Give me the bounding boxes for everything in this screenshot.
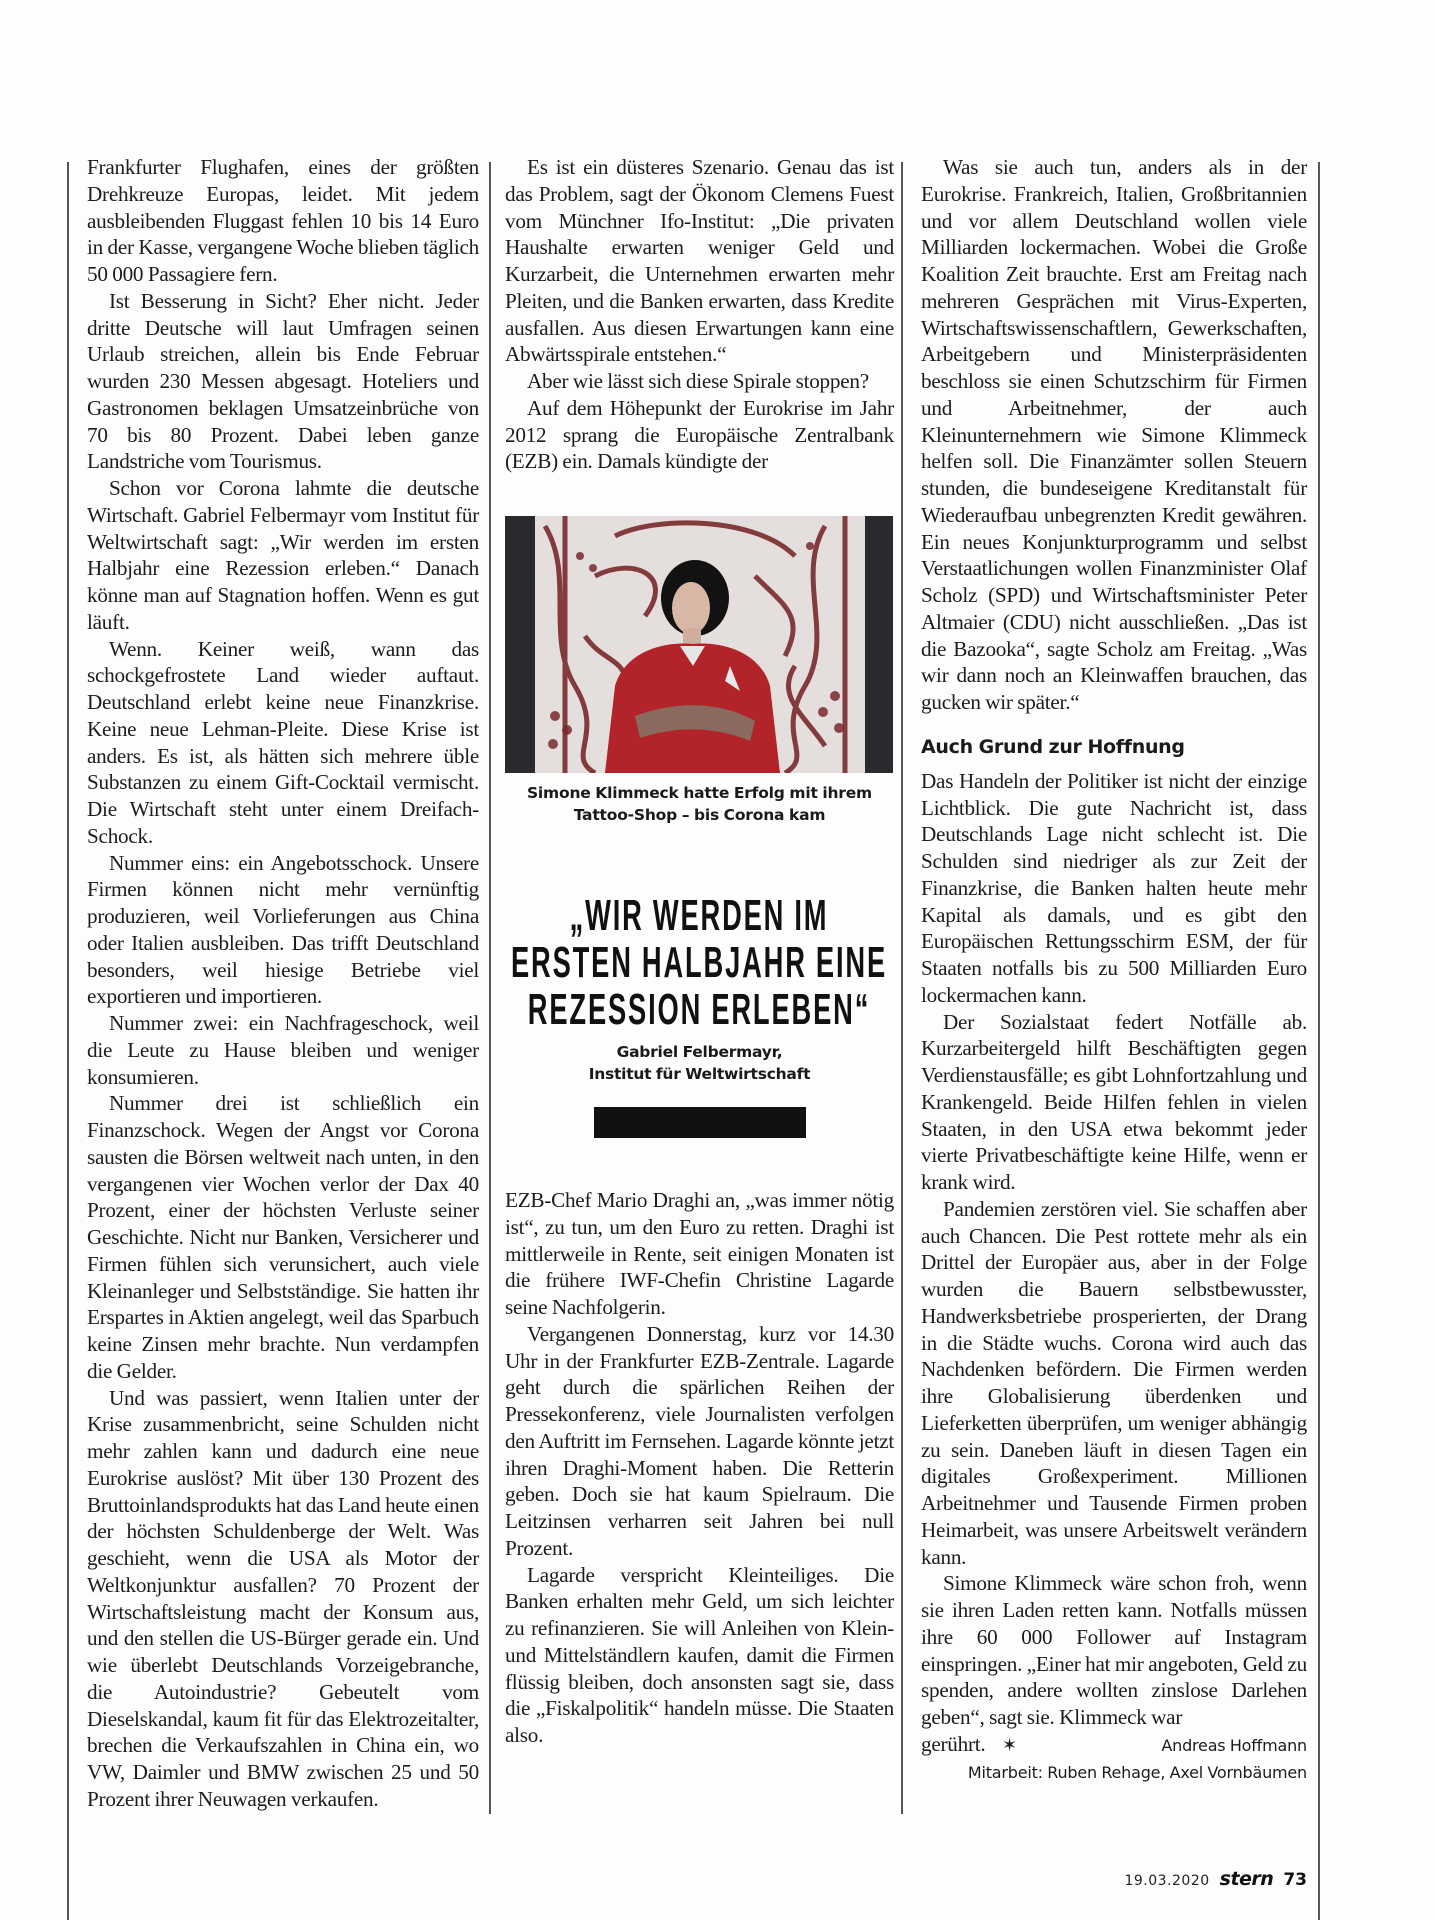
paragraph: Und was passiert, wenn Italien unter der… bbox=[87, 1385, 479, 1813]
article-column-1: Frankfurter Flughafen, eines der größten… bbox=[87, 154, 479, 1813]
frame-rule-left bbox=[67, 162, 69, 1920]
paragraph: Pandemien zerstören viel. Sie schaffen a… bbox=[921, 1196, 1307, 1571]
paragraph: Frankfurter Flughafen, eines der größten… bbox=[87, 154, 479, 288]
column-rule-2 bbox=[901, 162, 903, 1814]
paragraph: Nummer drei ist schließlich ein Finanzsc… bbox=[87, 1090, 479, 1384]
paragraph: Vergangenen Donnerstag, kurz vor 14.30 U… bbox=[505, 1321, 894, 1562]
page-number: 73 bbox=[1283, 1870, 1307, 1890]
paragraph: Lagarde verspricht Kleinteiliges. Die Ba… bbox=[505, 1562, 894, 1749]
pull-quote-source: Gabriel Felbermayr, Institut für Weltwir… bbox=[505, 1041, 894, 1085]
pull-quote-bar bbox=[594, 1107, 806, 1138]
photo-caption: Simone Klimmeck hatte Erfolg mit ihrem T… bbox=[505, 782, 894, 826]
magazine-logo: stern bbox=[1220, 1868, 1274, 1890]
contributors-credit: Mitarbeit: Ruben Rehage, Axel Vornbäumen bbox=[921, 1760, 1307, 1786]
paragraph: Schon vor Corona lahmte die deutsche Wir… bbox=[87, 475, 479, 636]
paragraph: Der Sozialstaat federt Notfälle ab. Kurz… bbox=[921, 1009, 1307, 1196]
paragraph: Nummer zwei: ein Nachfrageschock, weil d… bbox=[87, 1010, 479, 1090]
photo-figure: Simone Klimmeck hatte Erfolg mit ihrem T… bbox=[505, 516, 894, 826]
author-byline: Andreas Hoffmann bbox=[1161, 1733, 1307, 1760]
end-mark-star-icon: ✶ bbox=[1002, 1735, 1017, 1755]
paragraph: Ist Besserung in Sicht? Eher nicht. Jede… bbox=[87, 288, 479, 475]
photo-image bbox=[505, 516, 893, 773]
paragraph: Aber wie lässt sich diese Spirale stoppe… bbox=[505, 368, 894, 395]
signoff-line: gerührt. ✶ Andreas Hoffmann bbox=[921, 1731, 1307, 1760]
frame-rule-right bbox=[1318, 162, 1320, 1920]
pull-quote: „WIR WERDEN IM ERSTEN HALBJAHR EINE REZE… bbox=[505, 892, 894, 1138]
paragraph: Wenn. Keiner weiß, wann das schockgefros… bbox=[87, 636, 479, 850]
column-rule-1 bbox=[489, 162, 491, 1814]
paragraph: Das Handeln der Politiker ist nicht der … bbox=[921, 768, 1307, 1009]
pull-quote-source-name: Gabriel Felbermayr, bbox=[505, 1041, 894, 1063]
page-footer: 19.03.2020 stern 73 bbox=[1124, 1868, 1307, 1890]
issue-date: 19.03.2020 bbox=[1124, 1873, 1209, 1889]
paragraph: Nummer eins: ein Angebotsschock. Unsere … bbox=[87, 850, 479, 1011]
article-column-3: Was sie auch tun, anders als in der Euro… bbox=[921, 154, 1307, 1786]
closing-text: gerührt. bbox=[921, 1732, 985, 1756]
subheading: Auch Grund zur Hoffnung bbox=[921, 734, 1307, 760]
pull-quote-text: „WIR WERDEN IM ERSTEN HALBJAHR EINE REZE… bbox=[507, 892, 891, 1033]
paragraph: Auf dem Höhepunkt der Eurokrise im Jahr … bbox=[505, 395, 894, 475]
paragraph: Es ist ein düsteres Szenario. Genau das … bbox=[505, 154, 894, 368]
paragraph: EZB-Chef Mario Draghi an, „was immer nöt… bbox=[505, 1187, 894, 1321]
paragraph: Was sie auch tun, anders als in der Euro… bbox=[921, 154, 1307, 716]
article-column-2: Es ist ein düsteres Szenario. Genau das … bbox=[505, 154, 894, 1749]
portrait-photo bbox=[505, 516, 893, 773]
paragraph: Simone Klimmeck wäre schon froh, wenn si… bbox=[921, 1570, 1307, 1731]
pull-quote-source-institution: Institut für Weltwirtschaft bbox=[505, 1063, 894, 1085]
